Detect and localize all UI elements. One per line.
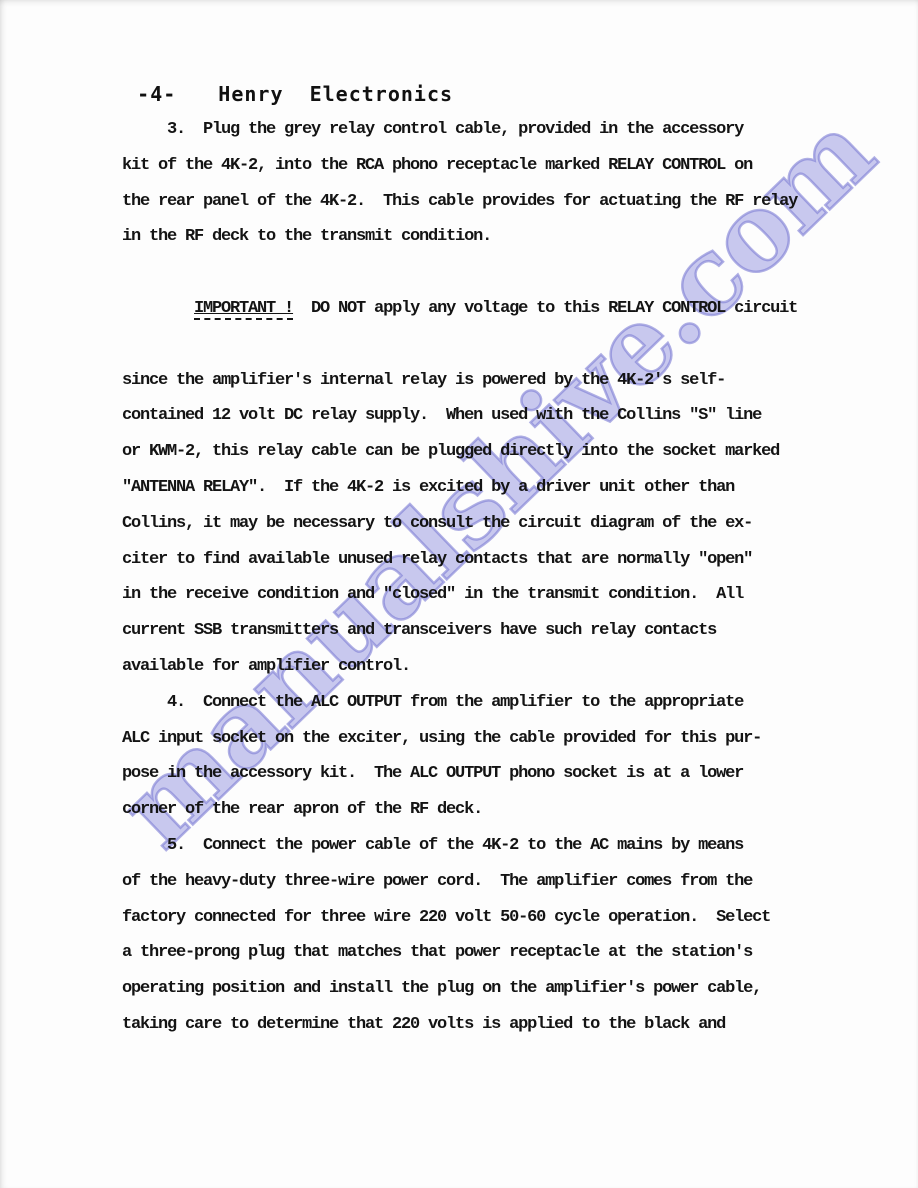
- company-name: Henry Electronics: [218, 82, 453, 106]
- text-line: available for amplifier control.: [122, 649, 822, 685]
- important-first-line-rest: DO NOT apply any voltage to this RELAY C…: [293, 299, 797, 318]
- scanned-page: manualshive.com -4-Henry Electronics 3. …: [0, 0, 918, 1188]
- text-line: the rear panel of the 4K-2. This cable p…: [122, 184, 822, 220]
- text-line: ALC input socket on the exciter, using t…: [122, 721, 822, 757]
- text-line: 4. Connect the ALC OUTPUT from the ampli…: [122, 685, 822, 721]
- text-line: of the heavy-duty three-wire power cord.…: [122, 864, 822, 900]
- text-line: factory connected for three wire 220 vol…: [122, 900, 822, 936]
- text-line: 5. Connect the power cable of the 4K-2 t…: [122, 828, 822, 864]
- paragraph-4: 4. Connect the ALC OUTPUT from the ampli…: [122, 685, 822, 828]
- text-line: current SSB transmitters and transceiver…: [122, 613, 822, 649]
- text-line: citer to find available unused relay con…: [122, 542, 822, 578]
- paragraph-3: 3. Plug the grey relay control cable, pr…: [122, 112, 822, 255]
- paragraph-important: IMPORTANT ! DO NOT apply any voltage to …: [122, 255, 822, 685]
- text-line: contained 12 volt DC relay supply. When …: [122, 398, 822, 434]
- text-line: pose in the accessory kit. The ALC OUTPU…: [122, 756, 822, 792]
- text-line: "ANTENNA RELAY". If the 4K-2 is excited …: [122, 470, 822, 506]
- text-line: or KWM-2, this relay cable can be plugge…: [122, 434, 822, 470]
- text-line: 3. Plug the grey relay control cable, pr…: [122, 112, 822, 148]
- important-label: IMPORTANT !: [194, 299, 293, 320]
- text-line: kit of the 4K-2, into the RCA phono rece…: [122, 148, 822, 184]
- important-remaining-lines: since the amplifier's internal relay is …: [122, 363, 822, 685]
- text-line: a three-prong plug that matches that pow…: [122, 935, 822, 971]
- page-number: -4-: [137, 82, 176, 106]
- text-line: taking care to determine that 220 volts …: [122, 1007, 822, 1043]
- text-line: corner of the rear apron of the RF deck.: [122, 792, 822, 828]
- paragraph-5: 5. Connect the power cable of the 4K-2 t…: [122, 828, 822, 1043]
- text-line: in the RF deck to the transmit condition…: [122, 219, 822, 255]
- text-line: in the receive condition and "closed" in…: [122, 577, 822, 613]
- text-line: Collins, it may be necessary to consult …: [122, 506, 822, 542]
- page-body: 3. Plug the grey relay control cable, pr…: [122, 112, 822, 1043]
- text-line: operating position and install the plug …: [122, 971, 822, 1007]
- important-first-line: IMPORTANT ! DO NOT apply any voltage to …: [122, 255, 822, 362]
- text-line: since the amplifier's internal relay is …: [122, 363, 822, 399]
